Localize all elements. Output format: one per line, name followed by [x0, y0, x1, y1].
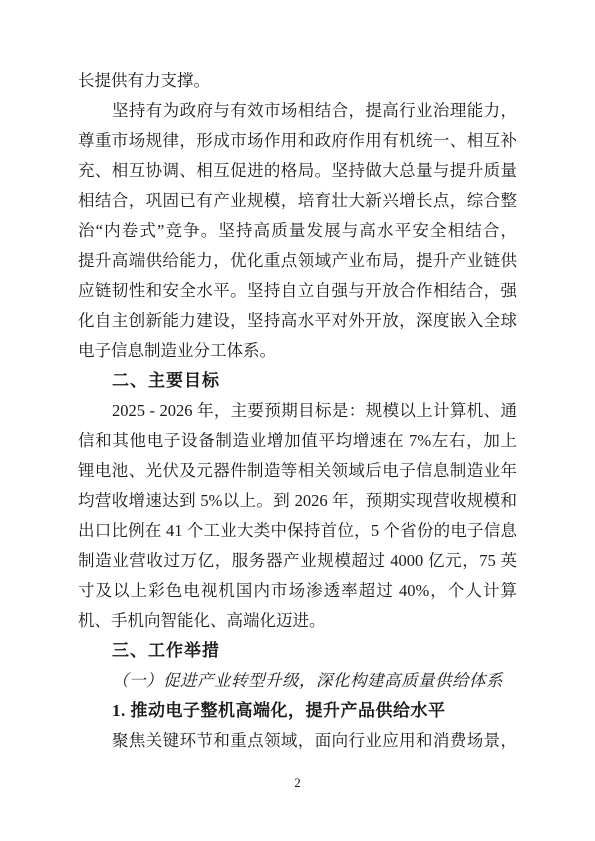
paragraph-line: 化自主创新能力建设，坚持高水平对外开放，深度嵌入全球	[78, 306, 517, 336]
item-heading-1: 1. 推动电子整机高端化，提升产品供给水平	[78, 696, 517, 726]
subheading-section-one: （一）促进产业转型升级，深化构建高质量供给体系	[78, 666, 517, 696]
heading-main-goals: 二、主要目标	[78, 366, 517, 396]
paragraph-line: 2025 - 2026 年，主要预期目标是：规模以上计算机、通	[78, 396, 517, 426]
paragraph-line: 锂电池、光伏及元器件制造等相关领域后电子信息制造业年	[78, 456, 517, 486]
paragraph-line: 出口比例在 41 个工业大类中保持首位，5 个省份的电子信息	[78, 516, 517, 546]
paragraph-end-line: 机、手机向智能化、高端化迈进。	[78, 606, 517, 636]
paragraph-line: 相结合，巩固已有产业规模，培育壮大新兴增长点，综合整	[78, 186, 517, 216]
document-content: 长提供有力支撑。坚持有为政府与有效市场相结合，提高行业治理能力，尊重市场规律，形…	[78, 66, 517, 756]
paragraph-line: 均营收增速达到 5%以上。到 2026 年，预期实现营收规模和	[78, 486, 517, 516]
paragraph-line: 寸及以上彩色电视机国内市场渗透率超过 40%，个人计算	[78, 576, 517, 606]
paragraph-line: 治“内卷式”竞争。坚持高质量发展与高水平安全相结合，	[78, 216, 517, 246]
paragraph-line: 充、相互协调、相互促进的格局。坚持做大总量与提升质量	[78, 156, 517, 186]
document-page: 长提供有力支撑。坚持有为政府与有效市场相结合，提高行业治理能力，尊重市场规律，形…	[0, 0, 595, 841]
paragraph-line: 应链韧性和安全水平。坚持自立自强与开放合作相结合，强	[78, 276, 517, 306]
paragraph-line: 制造业营收过万亿，服务器产业规模超过 4000 亿元，75 英	[78, 546, 517, 576]
heading-work-measures: 三、工作举措	[78, 636, 517, 666]
paragraph-line: 信和其他电子设备制造业增加值平均增速在 7%左右，加上	[78, 426, 517, 456]
page-number: 2	[0, 775, 595, 791]
paragraph-line: 尊重市场规律，形成市场作用和政府作用有机统一、相互补	[78, 126, 517, 156]
paragraph-end-line: 电子信息制造业分工体系。	[78, 336, 517, 366]
paragraph-line: 聚焦关键环节和重点领域，面向行业应用和消费场景，	[78, 726, 517, 756]
paragraph-line: 提升高端供给能力，优化重点领域产业布局，提升产业链供	[78, 246, 517, 276]
paragraph-continuation-line: 长提供有力支撑。	[78, 66, 517, 96]
paragraph-line: 坚持有为政府与有效市场相结合，提高行业治理能力，	[78, 96, 517, 126]
